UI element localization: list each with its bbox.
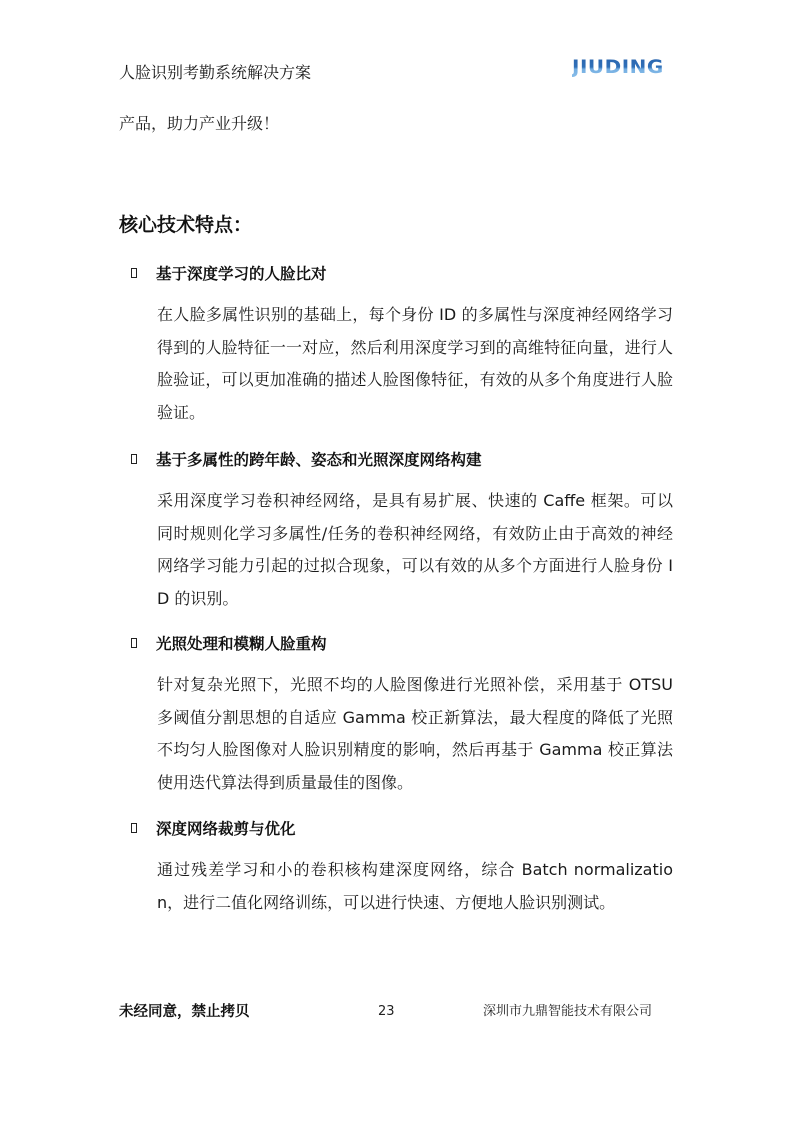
feature-body: 在人脸多属性识别的基础上，每个身份 ID 的多属性与深度神经网络学习得到的人脸特…	[157, 299, 673, 429]
footer-company-name: 深圳市九鼎智能技术有限公司	[483, 1002, 652, 1022]
footer-copy-notice: 未经同意，禁止拷贝	[119, 1001, 250, 1023]
feature-title-row: 基于深度学习的人脸比对	[131, 260, 676, 286]
feature-body: 针对复杂光照下，光照不均的人脸图像进行光照补偿，采用基于 OTSU 多阈值分割思…	[157, 669, 673, 799]
feature-body: 采用深度学习卷积神经网络，是具有易扩展、快速的 Caffe 框架。可以同时规则化…	[157, 485, 673, 615]
feature-title-row: 深度网络裁剪与优化	[131, 815, 676, 841]
document-header-title: 人脸识别考勤系统解决方案	[119, 62, 311, 84]
feature-title-row: 基于多属性的跨年龄、姿态和光照深度网络构建	[131, 446, 676, 472]
feature-body: 通过残差学习和小的卷积核构建深度网络，综合 Batch normalizatio…	[157, 854, 673, 919]
square-bullet-icon	[131, 638, 137, 648]
feature-item: 基于多属性的跨年龄、姿态和光照深度网络构建 采用深度学习卷积神经网络，是具有易扩…	[131, 446, 676, 615]
jiuding-logo: JIUDING	[572, 56, 664, 78]
feature-title: 深度网络裁剪与优化	[156, 817, 296, 839]
section-heading: 核心技术特点：	[119, 211, 252, 239]
footer-page-number: 23	[378, 1002, 395, 1022]
square-bullet-icon	[131, 823, 137, 833]
feature-item: 深度网络裁剪与优化 通过残差学习和小的卷积核构建深度网络，综合 Batch no…	[131, 815, 676, 919]
feature-title-row: 光照处理和模糊人脸重构	[131, 630, 676, 656]
feature-title: 基于深度学习的人脸比对	[156, 262, 327, 284]
feature-title: 光照处理和模糊人脸重构	[156, 632, 327, 654]
feature-title: 基于多属性的跨年龄、姿态和光照深度网络构建	[156, 448, 482, 470]
feature-item: 基于深度学习的人脸比对 在人脸多属性识别的基础上，每个身份 ID 的多属性与深度…	[131, 260, 676, 429]
square-bullet-icon	[131, 268, 137, 278]
square-bullet-icon	[131, 454, 137, 464]
feature-item: 光照处理和模糊人脸重构 针对复杂光照下，光照不均的人脸图像进行光照补偿，采用基于…	[131, 630, 676, 799]
carry-over-paragraph: 产品，助力产业升级！	[119, 112, 279, 136]
